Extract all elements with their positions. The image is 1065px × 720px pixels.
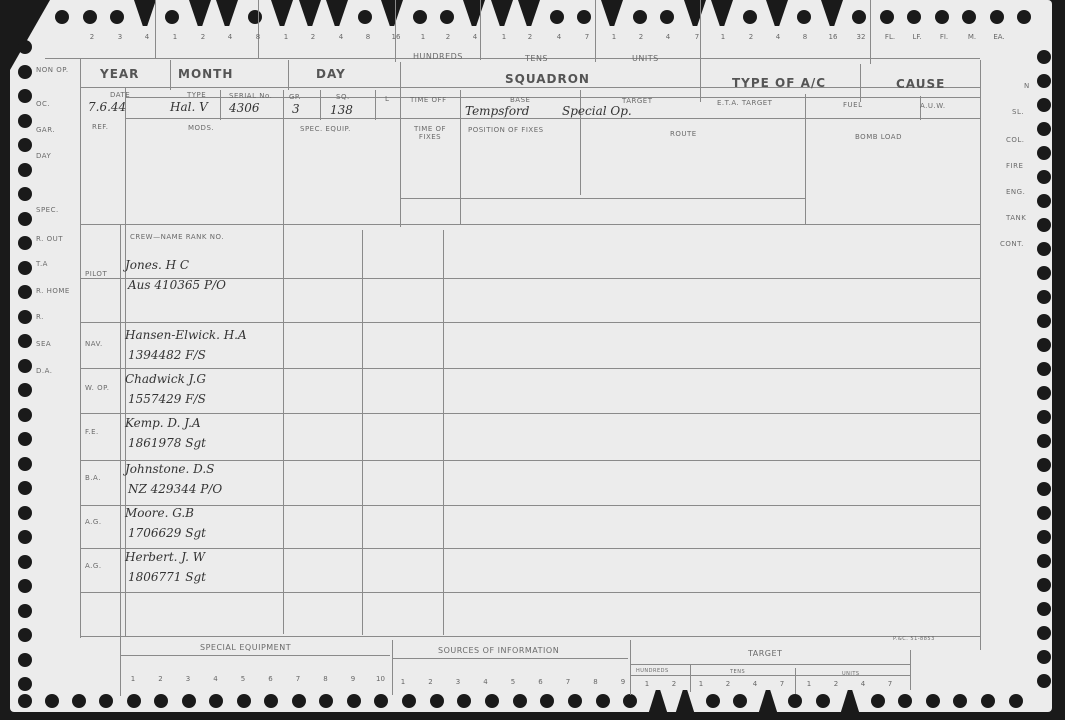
hole-code-label: 32 — [854, 33, 868, 41]
special-equipment-label: SPECIAL EQUIPMENT — [200, 643, 291, 652]
type-ac-header: TYPE OF A/C — [732, 76, 826, 90]
rule-line — [80, 58, 81, 638]
rule-line — [258, 0, 259, 58]
punch-hole — [1037, 314, 1051, 328]
special-equip-code: 2 — [154, 675, 168, 683]
crew-service-number: 1861978 Sgt — [128, 436, 206, 450]
rule-line — [80, 460, 980, 461]
rule-line — [595, 0, 596, 62]
punch-hole — [110, 10, 124, 24]
type-label: TYPE — [187, 91, 206, 99]
target-value: Special Op. — [562, 104, 632, 118]
crew-name: Herbert. J. W — [125, 550, 205, 564]
hole-code-label: 4 — [140, 33, 154, 41]
punch-hole — [18, 555, 32, 569]
hole-code-label: 2 — [441, 33, 455, 41]
squadron-header: SQUADRON — [505, 72, 590, 86]
punch-hole — [743, 10, 757, 24]
punch-hole — [623, 694, 637, 708]
punch-hole — [1017, 10, 1031, 24]
punch-hole — [485, 694, 499, 708]
left-code-label: SPEC. — [36, 206, 59, 214]
punch-hole — [99, 694, 113, 708]
punch-hole — [788, 694, 802, 708]
right-cause-label: TANK — [1006, 214, 1026, 222]
punch-hole — [540, 694, 554, 708]
punch-hole — [1037, 578, 1051, 592]
hole-code-label: 16 — [389, 33, 403, 41]
rule-line — [860, 64, 861, 102]
punch-hole — [1037, 482, 1051, 496]
crew-role: F.E. — [85, 428, 99, 436]
rule-line — [700, 0, 701, 62]
rule-line — [288, 60, 289, 90]
punch-hole — [18, 383, 32, 397]
target-code: 7 — [883, 680, 897, 688]
left-code-label: R. HOME — [36, 287, 70, 295]
punch-hole — [292, 694, 306, 708]
hole-code-label: 4 — [661, 33, 675, 41]
punch-hole — [347, 694, 361, 708]
crew-name: Chadwick J.G — [125, 372, 206, 386]
punch-hole — [990, 10, 1004, 24]
punch-hole — [18, 114, 32, 128]
rule-line — [125, 118, 980, 119]
target-hundreds-label: HUNDREDS — [636, 668, 669, 674]
l-label: L — [385, 95, 389, 103]
rule-line — [690, 664, 691, 692]
hole-code-label: 3 — [113, 33, 127, 41]
punch-hole — [1037, 74, 1051, 88]
rule-line — [460, 90, 461, 225]
hole-code-label: FL. — [883, 33, 897, 41]
left-code-label: T.A — [36, 260, 48, 268]
punch-hole — [852, 10, 866, 24]
rule-line — [45, 58, 980, 59]
hole-code-label: 1 — [416, 33, 430, 41]
punch-hole — [248, 10, 262, 24]
source-code: 1 — [396, 678, 410, 686]
rule-line — [362, 230, 363, 635]
rule-line — [795, 668, 796, 694]
hole-code-label: 2 — [744, 33, 758, 41]
punch-hole — [1037, 602, 1051, 616]
source-code: 4 — [479, 678, 493, 686]
source-code: 8 — [589, 678, 603, 686]
hole-code-label: 8 — [361, 33, 375, 41]
spec-equip-label: SPEC. EQUIP. — [300, 125, 351, 133]
punch-hole — [660, 10, 674, 24]
rule-line — [80, 505, 980, 506]
special-equip-code: 6 — [264, 675, 278, 683]
punch-hole — [953, 694, 967, 708]
hole-code-label: 7 — [690, 33, 704, 41]
punch-hole — [706, 694, 720, 708]
rule-line — [80, 87, 980, 88]
punch-hole — [596, 694, 610, 708]
crew-service-number: 1806771 Sgt — [128, 570, 206, 584]
rule-line — [155, 0, 156, 58]
special-equip-code: 9 — [346, 675, 360, 683]
punch-hole — [1037, 386, 1051, 400]
card-corner-cut — [10, 0, 50, 70]
rule-line — [80, 592, 980, 593]
fuel-label: FUEL — [843, 101, 862, 109]
hole-code-label: 4 — [223, 33, 237, 41]
crew-name: Kemp. D. J.A — [125, 416, 201, 430]
punch-hole — [18, 285, 32, 299]
punch-hole — [430, 694, 444, 708]
punch-hole — [18, 694, 32, 708]
punch-hole — [45, 694, 59, 708]
rule-line — [80, 322, 980, 323]
serial-label: SERIAL No. — [229, 92, 272, 100]
serial-value: 4306 — [229, 101, 260, 115]
crew-service-number: NZ 429344 P/O — [128, 482, 222, 496]
special-equip-code: 4 — [209, 675, 223, 683]
punch-hole — [1037, 218, 1051, 232]
target-code: 2 — [829, 680, 843, 688]
rule-line — [283, 224, 284, 634]
punch-hole — [18, 604, 32, 618]
target-code: 4 — [856, 680, 870, 688]
punch-hole — [1009, 694, 1023, 708]
rule-line — [443, 230, 444, 635]
date-label: DATE — [110, 91, 130, 99]
punch-hole — [1037, 434, 1051, 448]
left-code-label: NON OP. — [36, 66, 69, 74]
target-code: 2 — [721, 680, 735, 688]
rule-line — [320, 90, 321, 120]
right-cause-label: N — [1024, 82, 1030, 90]
punch-hole — [981, 694, 995, 708]
rule-line — [870, 0, 871, 64]
crew-service-number: 1706629 Sgt — [128, 526, 206, 540]
punch-hole — [1037, 50, 1051, 64]
hole-code-label: 2 — [634, 33, 648, 41]
hole-code-label: 8 — [798, 33, 812, 41]
day-header: DAY — [316, 67, 346, 81]
punch-hole — [18, 236, 32, 250]
rule-line — [400, 62, 401, 227]
hole-code-label: 1 — [716, 33, 730, 41]
punch-hole — [18, 579, 32, 593]
rule-line — [400, 198, 805, 199]
sources-label: SOURCES OF INFORMATION — [438, 646, 559, 655]
punch-hole — [18, 530, 32, 544]
punch-hole — [18, 506, 32, 520]
rule-line — [375, 90, 376, 120]
punch-hole — [733, 694, 747, 708]
punch-hole — [374, 694, 388, 708]
left-code-label: SEA — [36, 340, 51, 348]
punch-hole — [18, 310, 32, 324]
punch-hole — [1037, 338, 1051, 352]
left-code-label: DAY — [36, 152, 51, 160]
punch-hole — [907, 10, 921, 24]
hole-code-label: 1 — [168, 33, 182, 41]
special-equip-code: 5 — [236, 675, 250, 683]
punch-hole — [440, 10, 454, 24]
right-cause-label: COL. — [1006, 136, 1025, 144]
punch-hole — [1037, 122, 1051, 136]
left-code-label: R. — [36, 313, 44, 321]
hole-code-label: 8 — [251, 33, 265, 41]
crew-role: B.A. — [85, 474, 101, 482]
crew-service-number: Aus 410365 P/O — [128, 278, 226, 292]
source-code: 5 — [506, 678, 520, 686]
special-equip-code: 8 — [319, 675, 333, 683]
rule-line — [80, 636, 980, 637]
punch-hole — [154, 694, 168, 708]
punch-hole — [1037, 362, 1051, 376]
source-code: 2 — [424, 678, 438, 686]
right-cause-label: ENG. — [1006, 188, 1025, 196]
punch-hole — [898, 694, 912, 708]
rule-line — [395, 0, 396, 62]
hole-code-label: 4 — [334, 33, 348, 41]
punch-hole — [18, 677, 32, 691]
units-label: UNITS — [632, 54, 659, 63]
punch-hole — [264, 694, 278, 708]
rule-line — [910, 650, 911, 690]
punch-hole — [1037, 194, 1051, 208]
rule-line — [283, 90, 284, 230]
cause-header: CAUSE — [896, 77, 945, 91]
punch-hole — [1037, 290, 1051, 304]
punch-hole — [871, 694, 885, 708]
hole-code-label: 16 — [826, 33, 840, 41]
punch-hole — [18, 457, 32, 471]
punch-hole — [568, 694, 582, 708]
punch-hole — [18, 359, 32, 373]
punch-hole — [182, 694, 196, 708]
rule-line — [80, 368, 980, 369]
punch-hole — [1037, 506, 1051, 520]
right-cause-label: CONT. — [1000, 240, 1024, 248]
rule-line — [392, 640, 393, 695]
right-cause-label: SL. — [1012, 108, 1024, 116]
special-equip-code: 3 — [181, 675, 195, 683]
crew-service-number: 1394482 F/S — [128, 348, 206, 362]
punch-hole — [550, 10, 564, 24]
punch-hole — [880, 10, 894, 24]
punch-hole — [633, 10, 647, 24]
punch-hole — [72, 694, 86, 708]
hole-code-label: 2 — [523, 33, 537, 41]
source-code: 7 — [561, 678, 575, 686]
punch-hole — [319, 694, 333, 708]
rule-line — [392, 658, 628, 659]
punch-hole — [962, 10, 976, 24]
hole-code-label: M. — [965, 33, 979, 41]
gp-value: 3 — [292, 102, 300, 116]
punch-hole — [1037, 530, 1051, 544]
rule-line — [630, 640, 631, 695]
route-label: ROUTE — [670, 130, 697, 138]
target-code: 4 — [748, 680, 762, 688]
rule-line — [700, 62, 701, 102]
punch-hole — [513, 694, 527, 708]
crew-name: Johnstone. D.S — [125, 462, 214, 476]
punch-hole — [18, 481, 32, 495]
month-header: MONTH — [178, 67, 233, 81]
sq-label: SQ. — [336, 93, 350, 101]
rule-line — [805, 94, 806, 224]
crew-service-number: 1557429 F/S — [128, 392, 206, 406]
punch-hole — [1037, 146, 1051, 160]
punch-hole — [18, 163, 32, 177]
hole-code-label: 2 — [196, 33, 210, 41]
rule-line — [80, 548, 980, 549]
punch-hole — [209, 694, 223, 708]
rule-line — [220, 90, 221, 120]
date-value: 7.6.44 — [88, 100, 126, 114]
punch-hole — [1037, 410, 1051, 424]
punch-hole — [1037, 242, 1051, 256]
punch-hole — [1037, 458, 1051, 472]
punch-hole — [797, 10, 811, 24]
hole-code-label: 4 — [468, 33, 482, 41]
base-label: BASE — [510, 96, 530, 104]
left-code-label: GAR. — [36, 126, 55, 134]
rule-line — [630, 675, 910, 676]
type-value: Hal. V — [170, 100, 208, 114]
rule-line — [980, 60, 981, 650]
hundreds-label: HUNDREDS — [413, 52, 463, 61]
punch-hole — [165, 10, 179, 24]
crew-name: Jones. H C — [125, 258, 189, 272]
time-of-fixes-label: TIME OF FIXES — [408, 125, 452, 141]
sq-value: 138 — [330, 103, 353, 117]
punch-hole — [1037, 650, 1051, 664]
position-of-fixes-label: POSITION OF FIXES — [468, 126, 544, 134]
mods-label: MODS. — [188, 124, 214, 132]
tens-label: TENS — [525, 54, 548, 63]
left-code-label: OC. — [36, 100, 50, 108]
left-code-label: D.A. — [36, 367, 53, 375]
punch-hole — [18, 89, 32, 103]
crew-header: CREW—NAME RANK NO. — [130, 233, 224, 241]
gp-label: GP. — [289, 93, 301, 101]
rule-line — [480, 0, 481, 60]
left-code-label: R. OUT — [36, 235, 63, 243]
hole-code-label: 1 — [497, 33, 511, 41]
bomb-load-label: BOMB LOAD — [855, 133, 902, 141]
punch-hole — [18, 65, 32, 79]
punch-hole — [816, 694, 830, 708]
punch-hole — [83, 10, 97, 24]
target-code: 7 — [775, 680, 789, 688]
crew-role: PILOT — [85, 270, 107, 278]
punch-hole — [1037, 626, 1051, 640]
punch-hole — [18, 138, 32, 152]
punch-hole — [577, 10, 591, 24]
punch-hole — [1037, 266, 1051, 280]
rule-line — [120, 224, 121, 636]
hole-code-label: 1 — [607, 33, 621, 41]
rule-line — [80, 224, 980, 225]
crew-name: Hansen-Elwick. H.A — [125, 328, 247, 342]
target-code: 1 — [694, 680, 708, 688]
hole-code-label: LF. — [910, 33, 924, 41]
target-code: 2 — [667, 680, 681, 688]
special-equip-code: 1 — [126, 675, 140, 683]
crew-role: NAV. — [85, 340, 103, 348]
crew-role: A.G. — [85, 562, 102, 570]
punch-hole — [18, 40, 32, 54]
punch-hole — [402, 694, 416, 708]
punch-hole — [926, 694, 940, 708]
special-equip-code: 7 — [291, 675, 305, 683]
punch-hole — [1037, 98, 1051, 112]
form-code: P.&C. 51-8853 — [893, 636, 935, 642]
rule-line — [170, 60, 171, 90]
punch-hole — [18, 628, 32, 642]
crew-role: W. OP. — [85, 384, 109, 392]
ref-label: REF. — [92, 123, 108, 131]
hole-code-label: 4 — [771, 33, 785, 41]
hole-code-label: 7 — [580, 33, 594, 41]
target-bottom-label: TARGET — [748, 649, 782, 658]
punch-hole — [457, 694, 471, 708]
target-code: 1 — [640, 680, 654, 688]
hole-code-label: EA. — [992, 33, 1006, 41]
auw-label: A.U.W. — [920, 102, 946, 110]
target-tens-label: TENS — [730, 669, 745, 675]
punch-hole — [413, 10, 427, 24]
punch-hole — [18, 261, 32, 275]
crew-role: A.G. — [85, 518, 102, 526]
special-equip-code: 10 — [374, 675, 388, 683]
hole-code-label: 2 — [85, 33, 99, 41]
punch-hole — [18, 408, 32, 422]
target-code: 1 — [802, 680, 816, 688]
hole-code-label: FI. — [937, 33, 951, 41]
punch-hole — [1037, 554, 1051, 568]
right-cause-label: FIRE — [1006, 162, 1023, 170]
time-off-label: TIME OFF — [410, 96, 447, 104]
rule-line — [80, 413, 980, 414]
target-units-label: UNITS — [842, 671, 860, 677]
crew-name: Moore. G.B — [125, 506, 194, 520]
punch-hole — [55, 10, 69, 24]
punch-hole — [1037, 674, 1051, 688]
hole-code-label: 4 — [552, 33, 566, 41]
punch-hole — [18, 334, 32, 348]
punch-hole — [358, 10, 372, 24]
punch-hole — [18, 187, 32, 201]
punch-hole — [935, 10, 949, 24]
hole-code-label: 1 — [279, 33, 293, 41]
source-code: 3 — [451, 678, 465, 686]
rule-line — [120, 655, 390, 656]
eta-target-label: E.T.A. TARGET — [717, 99, 772, 107]
punch-hole — [18, 653, 32, 667]
year-header: YEAR — [100, 67, 139, 81]
source-code: 6 — [534, 678, 548, 686]
rule-line — [630, 664, 910, 665]
punch-hole — [18, 432, 32, 446]
base-value: Tempsford — [465, 104, 529, 118]
punch-hole — [127, 694, 141, 708]
punch-hole — [237, 694, 251, 708]
punch-hole — [1037, 170, 1051, 184]
rule-line — [120, 636, 121, 696]
hole-code-label: 2 — [306, 33, 320, 41]
source-code: 9 — [616, 678, 630, 686]
punch-hole — [18, 212, 32, 226]
